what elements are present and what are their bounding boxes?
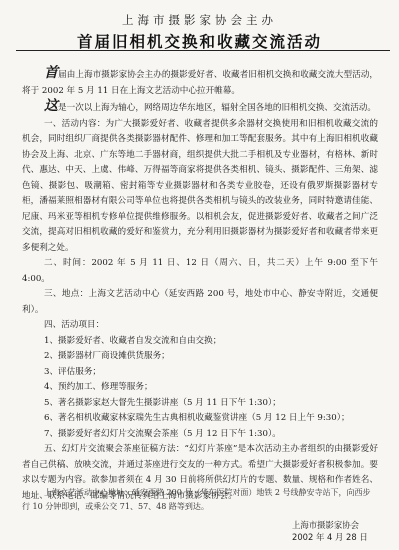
address-note: 上海文艺活动中心地址：延安西路 200 号（华东医院对面）地铁 2 号线静安寺站… — [22, 486, 378, 513]
section-location: 三、地点：上海文艺活动中心（延安西路 200 号，地处市中心、静安寺附近，交通便… — [22, 287, 378, 318]
dropcap: 这 — [44, 98, 58, 114]
document-title: 首届旧相机交换和收藏交流活动 — [0, 30, 399, 52]
notice-page: 上海市摄影家协会主办 首届旧相机交换和收藏交流活动 首届由上海市摄影家协会主办的… — [0, 0, 399, 550]
signature-date: 2002 年 4 月 28 日 — [292, 531, 399, 543]
section-time: 二、时间：2002 年 5 月 11 日、12 日（周六、日，共二天）上午 9:… — [22, 256, 378, 287]
title-underline — [16, 50, 390, 51]
list-item: 6、著名相机收藏家林家瑞先生古典相机收藏鉴赏讲座（5 月 12 日上午 9:30… — [22, 411, 378, 427]
intro-paragraph-2: 这是一次以上海为轴心，网络周边华东地区，辐射全国各地的旧相机交换、交流活动。 — [22, 99, 378, 117]
dropcap: 首 — [44, 65, 58, 81]
list-item: 7、摄影爱好者幻灯片交流聚会茶座（5 月 12 日下午 1:30）。 — [22, 427, 378, 443]
organizer-subtitle: 上海市摄影家协会主办 — [0, 12, 399, 28]
section-content: 一、活动内容：为广大摄影爱好者、收藏者提供多余器材交换使用和旧相机收藏交流的机会… — [22, 117, 378, 257]
list-item: 4、预约加工、修理等服务； — [22, 380, 378, 396]
section-items-heading: 四、活动项目： — [22, 318, 378, 334]
list-item: 1、摄影爱好者、收藏者自发交流和自由交换； — [22, 334, 378, 350]
document-body: 首届由上海市摄影家协会主办的摄影爱好者、收藏者旧相机交换和收藏交流大型活动，将于… — [22, 66, 378, 504]
signature-block: 上海市摄影家协会 2002 年 4 月 28 日 — [292, 519, 399, 543]
signature-org: 上海市摄影家协会 — [292, 519, 399, 531]
list-item: 3、评估服务； — [22, 365, 378, 381]
intro-paragraph-1: 首届由上海市摄影家协会主办的摄影爱好者、收藏者旧相机交换和收藏交流大型活动，将于… — [22, 66, 378, 99]
list-item: 5、著名摄影家赵大督先生摄影讲座（5 月 11 日下午 1:30）； — [22, 396, 378, 412]
list-item: 2、摄影器材厂商设摊供货服务； — [22, 349, 378, 365]
